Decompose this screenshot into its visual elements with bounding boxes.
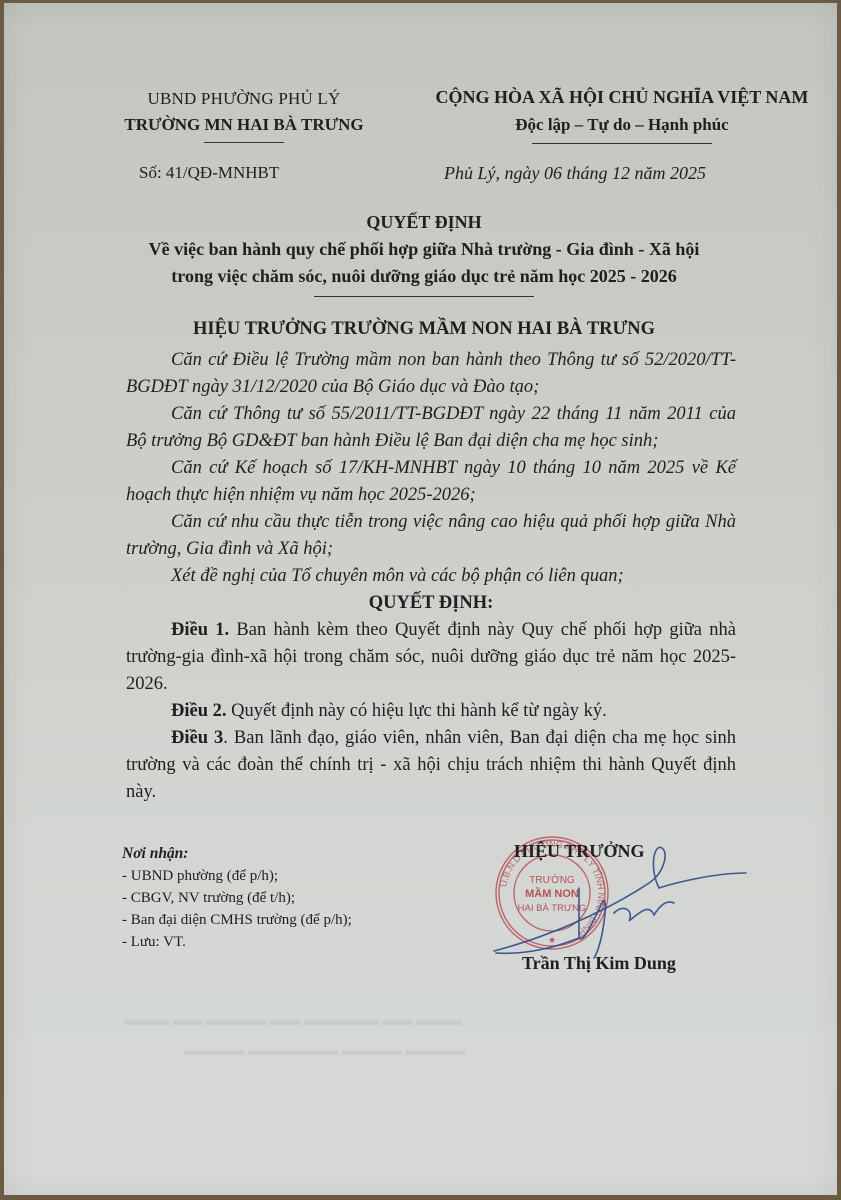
basis-5: Xét đề nghị của Tổ chuyên môn và các bộ … (126, 563, 736, 590)
article-text: Quyết định này có hiệu lực thi hành kể t… (227, 701, 607, 721)
basis-1: Căn cứ Điều lệ Trường mầm non ban hành t… (126, 347, 736, 401)
article-2: Điều 2. Quyết định này có hiệu lực thi h… (126, 698, 736, 725)
recipients-heading: Nơi nhận: (122, 843, 352, 865)
decision-heading: QUYẾT ĐỊNH: (126, 590, 736, 617)
national-title-block: CỘNG HÒA XÃ HỘI CHỦ NGHĨA VIỆT NAM Độc l… (412, 83, 832, 144)
article-1: Điều 1. Ban hành kèm theo Quyết định này… (126, 617, 736, 698)
article-label: Điều 1. (171, 620, 229, 640)
handwritten-signature-icon (484, 843, 754, 963)
school-name: TRƯỜNG MN HAI BÀ TRƯNG (99, 112, 389, 138)
authority-name: UBND PHƯỜNG PHỦ LÝ (99, 86, 389, 112)
recipient-item: - Ban đại diện CMHS trường (để p/h); (122, 909, 352, 931)
place-date: Phủ Lý, ngày 06 tháng 12 năm 2025 (444, 163, 706, 184)
recipient-item: - CBGV, NV trường (để t/h); (122, 887, 352, 909)
basis-2: Căn cứ Thông tư số 55/2011/TT-BGDĐT ngày… (126, 401, 736, 455)
issuer-heading: HIỆU TRƯỞNG TRƯỜNG MẦM NON HAI BÀ TRƯNG (104, 319, 744, 340)
article-label: Điều 2. (171, 701, 227, 721)
bleed-through-text: ▬▬▬▬ ▬▬▬▬▬▬ ▬▬▬▬ ▬▬▬▬ (184, 1043, 784, 1060)
recipient-item: - Lưu: VT. (122, 931, 352, 953)
divider (314, 296, 534, 297)
document-page: UBND PHƯỜNG PHỦ LÝ TRƯỜNG MN HAI BÀ TRƯN… (4, 3, 837, 1195)
document-title-block: QUYẾT ĐỊNH Về việc ban hành quy chế phối… (104, 209, 744, 297)
recipients-block: Nơi nhận: - UBND phường (để p/h); - CBGV… (122, 843, 352, 953)
document-number: Số: 41/QĐ-MNHBT (139, 163, 279, 183)
recipient-item: - UBND phường (để p/h); (122, 865, 352, 887)
divider (204, 142, 284, 143)
basis-3: Căn cứ Kế hoạch số 17/KH-MNHBT ngày 10 t… (126, 455, 736, 509)
document-title: QUYẾT ĐỊNH (104, 209, 744, 236)
country-name: CỘNG HÒA XÃ HỘI CHỦ NGHĨA VIỆT NAM (412, 83, 832, 111)
article-label: Điều 3 (171, 728, 223, 748)
basis-4: Căn cứ nhu cầu thực tiễn trong việc nâng… (126, 509, 736, 563)
motto: Độc lập – Tự do – Hạnh phúc (412, 111, 832, 139)
bleed-through-text: ▬▬▬ ▬▬ ▬▬▬▬ ▬▬ ▬▬▬▬▬ ▬▬ ▬▬▬ (124, 1013, 724, 1030)
issuing-authority-block: UBND PHƯỜNG PHỦ LÝ TRƯỜNG MN HAI BÀ TRƯN… (99, 86, 389, 143)
divider (532, 143, 712, 144)
article-3: Điều 3. Ban lãnh đạo, giáo viên, nhân vi… (126, 725, 736, 806)
document-body: Căn cứ Điều lệ Trường mầm non ban hành t… (126, 347, 736, 806)
subject-line-2: trong việc chăm sóc, nuôi dưỡng giáo dục… (104, 263, 744, 290)
subject-line-1: Về việc ban hành quy chế phối hợp giữa N… (104, 236, 744, 263)
